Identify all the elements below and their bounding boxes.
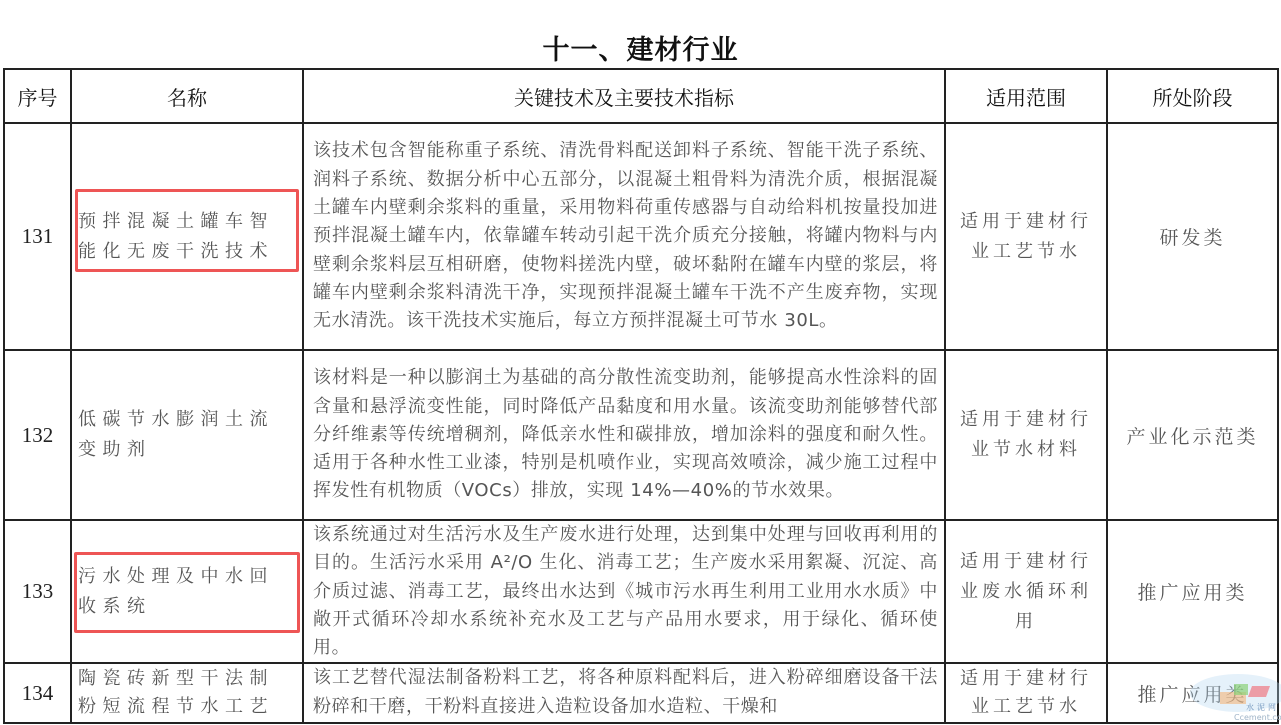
row-name-cell: 低碳节水膨润土流变助剂 <box>71 350 303 520</box>
row-scope: 适用于建材行业工艺节水 <box>960 665 1092 721</box>
row-scope: 适用于建材行业节水材料 <box>960 405 1092 465</box>
header-stage: 所处阶段 <box>1107 69 1278 123</box>
row-stage-cell: 推广应用类 <box>1107 663 1278 723</box>
row-name: 污水处理及中水回收系统 <box>78 562 298 622</box>
row-stage-cell: 产业化示范类 <box>1107 350 1278 520</box>
table-row: 134 陶瓷砖新型干法制粉短流程节水工艺 该工艺替代湿法制备粉料工艺，将各种原料… <box>4 663 1278 723</box>
row-stage: 产业化示范类 <box>1126 426 1258 448</box>
row-name: 低碳节水膨润土流变助剂 <box>78 405 298 465</box>
row-scope: 适用于建材行业废水循环利用 <box>960 547 1092 637</box>
row-stage: 推广应用类 <box>1137 684 1247 706</box>
section-title: 十一、建材行业 <box>0 28 1281 67</box>
row-name-cell: 预拌混凝土罐车智能化无废干洗技术 <box>71 123 303 350</box>
table-row: 131 预拌混凝土罐车智能化无废干洗技术 该技术包含智能称重子系统、清洗骨料配送… <box>4 123 1278 350</box>
header-name: 名称 <box>71 69 303 123</box>
table-row: 132 低碳节水膨润土流变助剂 该材料是一种以膨润土为基础的高分散性流变助剂，能… <box>4 350 1278 520</box>
row-name: 陶瓷砖新型干法制粉短流程节水工艺 <box>78 665 298 721</box>
row-stage: 推广应用类 <box>1137 582 1247 604</box>
row-description: 该材料是一种以膨润土为基础的高分散性流变助剂，能够提高水性涂料的固含量和悬浮流变… <box>313 364 938 505</box>
header-description: 关键技术及主要技术指标 <box>303 69 945 123</box>
technology-table: 序号 名称 关键技术及主要技术指标 适用范围 所处阶段 131 预拌混凝土罐车智… <box>3 68 1279 724</box>
row-scope-cell: 适用于建材行业节水材料 <box>945 350 1107 520</box>
row-scope-cell: 适用于建材行业工艺节水 <box>945 663 1107 723</box>
row-stage-cell: 研发类 <box>1107 123 1278 350</box>
header-no: 序号 <box>4 69 71 123</box>
row-name-cell: 污水处理及中水回收系统 <box>71 520 303 663</box>
row-description-cell: 该技术包含智能称重子系统、清洗骨料配送卸料子系统、智能干洗子系统、润料子系统、数… <box>303 123 945 350</box>
row-description: 该工艺替代湿法制备粉料工艺，将各种原料配料后，进入粉碎细磨设备干法粉碎和干磨，干… <box>313 664 938 721</box>
row-description-cell: 该系统通过对生活污水及生产废水进行处理，达到集中处理与回收再利用的目的。生活污水… <box>303 520 945 663</box>
row-stage: 研发类 <box>1159 227 1225 249</box>
header-scope: 适用范围 <box>945 69 1107 123</box>
row-scope-cell: 适用于建材行业工艺节水 <box>945 123 1107 350</box>
row-number: 134 <box>4 663 71 723</box>
row-description: 该技术包含智能称重子系统、清洗骨料配送卸料子系统、智能干洗子系统、润料子系统、数… <box>313 137 938 335</box>
row-description-cell: 该工艺替代湿法制备粉料工艺，将各种原料配料后，进入粉碎细磨设备干法粉碎和干磨，干… <box>303 663 945 723</box>
row-description-cell: 该材料是一种以膨润土为基础的高分散性流变助剂，能够提高水性涂料的固含量和悬浮流变… <box>303 350 945 520</box>
table-row: 133 污水处理及中水回收系统 该系统通过对生活污水及生产废水进行处理，达到集中… <box>4 520 1278 663</box>
row-scope: 适用于建材行业工艺节水 <box>960 207 1092 267</box>
row-stage-cell: 推广应用类 <box>1107 520 1278 663</box>
row-number: 132 <box>4 350 71 520</box>
row-name: 预拌混凝土罐车智能化无废干洗技术 <box>78 207 298 267</box>
row-description: 该系统通过对生活污水及生产废水进行处理，达到集中处理与回收再利用的目的。生活污水… <box>313 521 938 662</box>
row-number: 131 <box>4 123 71 350</box>
row-scope-cell: 适用于建材行业废水循环利用 <box>945 520 1107 663</box>
row-number: 133 <box>4 520 71 663</box>
table-header-row: 序号 名称 关键技术及主要技术指标 适用范围 所处阶段 <box>4 69 1278 123</box>
row-name-cell: 陶瓷砖新型干法制粉短流程节水工艺 <box>71 663 303 723</box>
